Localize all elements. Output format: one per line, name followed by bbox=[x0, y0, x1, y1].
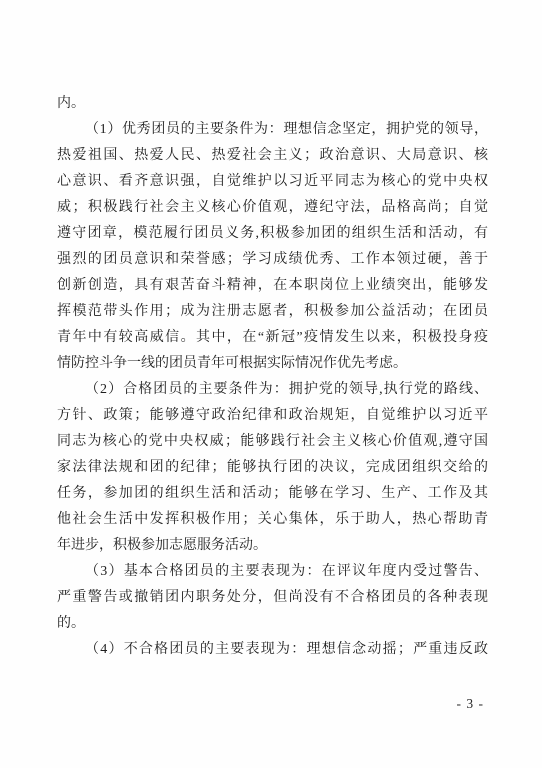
document-line: 遵守团章，模范履行团员义务,积极参加团的组织生活和活动，有 bbox=[57, 221, 488, 247]
document-line: 强烈的团员意识和荣誉感；学习成绩优秀、工作本领过硬，善于 bbox=[57, 247, 488, 273]
document-line: （1）优秀团员的主要条件为：理想信念坚定，拥护党的领导， bbox=[57, 117, 488, 143]
document-line: 威；积极践行社会主义核心价值观，遵纪守法，品格高尚；自觉 bbox=[57, 195, 488, 221]
document-line: 心意识、看齐意识强，自觉维护以习近平同志为核心的党中央权 bbox=[57, 169, 488, 195]
document-line: 方针、政策；能够遵守政治纪律和政治规矩，自觉维护以习近平 bbox=[57, 403, 488, 429]
document-line: 年进步，积极参加志愿服务活动。 bbox=[57, 533, 488, 559]
document-line: （3）基本合格团员的主要表现为：在评议年度内受过警告、 bbox=[57, 559, 488, 585]
document-line: 热爱祖国、热爱人民、热爱社会主义；政治意识、大局意识、核 bbox=[57, 143, 488, 169]
document-line: 青年中有较高威信。其中，在“新冠”疫情发生以来，积极投身疫 bbox=[57, 325, 488, 351]
document-line: （4）不合格团员的主要表现为：理想信念动摇；严重违反政 bbox=[57, 637, 488, 663]
document-line: 的。 bbox=[57, 611, 488, 637]
document-line: 严重警告或撤销团内职务处分，但尚没有不合格团员的各种表现 bbox=[57, 585, 488, 611]
document-line: 家法律法规和团的纪律；能够执行团的决议，完成团组织交给的 bbox=[57, 455, 488, 481]
document-line: （2）合格团员的主要条件为：拥护党的领导,执行党的路线、 bbox=[57, 377, 488, 403]
document-line: 挥模范带头作用；成为注册志愿者，积极参加公益活动；在团员 bbox=[57, 299, 488, 325]
page-number: - 3 - bbox=[457, 696, 485, 712]
document-line: 创新创造，具有艰苦奋斗精神，在本职岗位上业绩突出，能够发 bbox=[57, 273, 488, 299]
document-line: 任务，参加团的组织生活和活动；能够在学习、生产、工作及其 bbox=[57, 481, 488, 507]
document-body: 内。 （1）优秀团员的主要条件为：理想信念坚定，拥护党的领导， 热爱祖国、热爱人… bbox=[57, 91, 488, 663]
document-page: 内。 （1）优秀团员的主要条件为：理想信念坚定，拥护党的领导， 热爱祖国、热爱人… bbox=[0, 0, 542, 768]
document-line: 内。 bbox=[57, 91, 488, 117]
document-line: 同志为核心的党中央权威；能够践行社会主义核心价值观,遵守国 bbox=[57, 429, 488, 455]
document-line: 情防控斗争一线的团员青年可根据实际情况作优先考虑。 bbox=[57, 351, 488, 377]
document-line: 他社会生活中发挥积极作用；关心集体，乐于助人，热心帮助青 bbox=[57, 507, 488, 533]
